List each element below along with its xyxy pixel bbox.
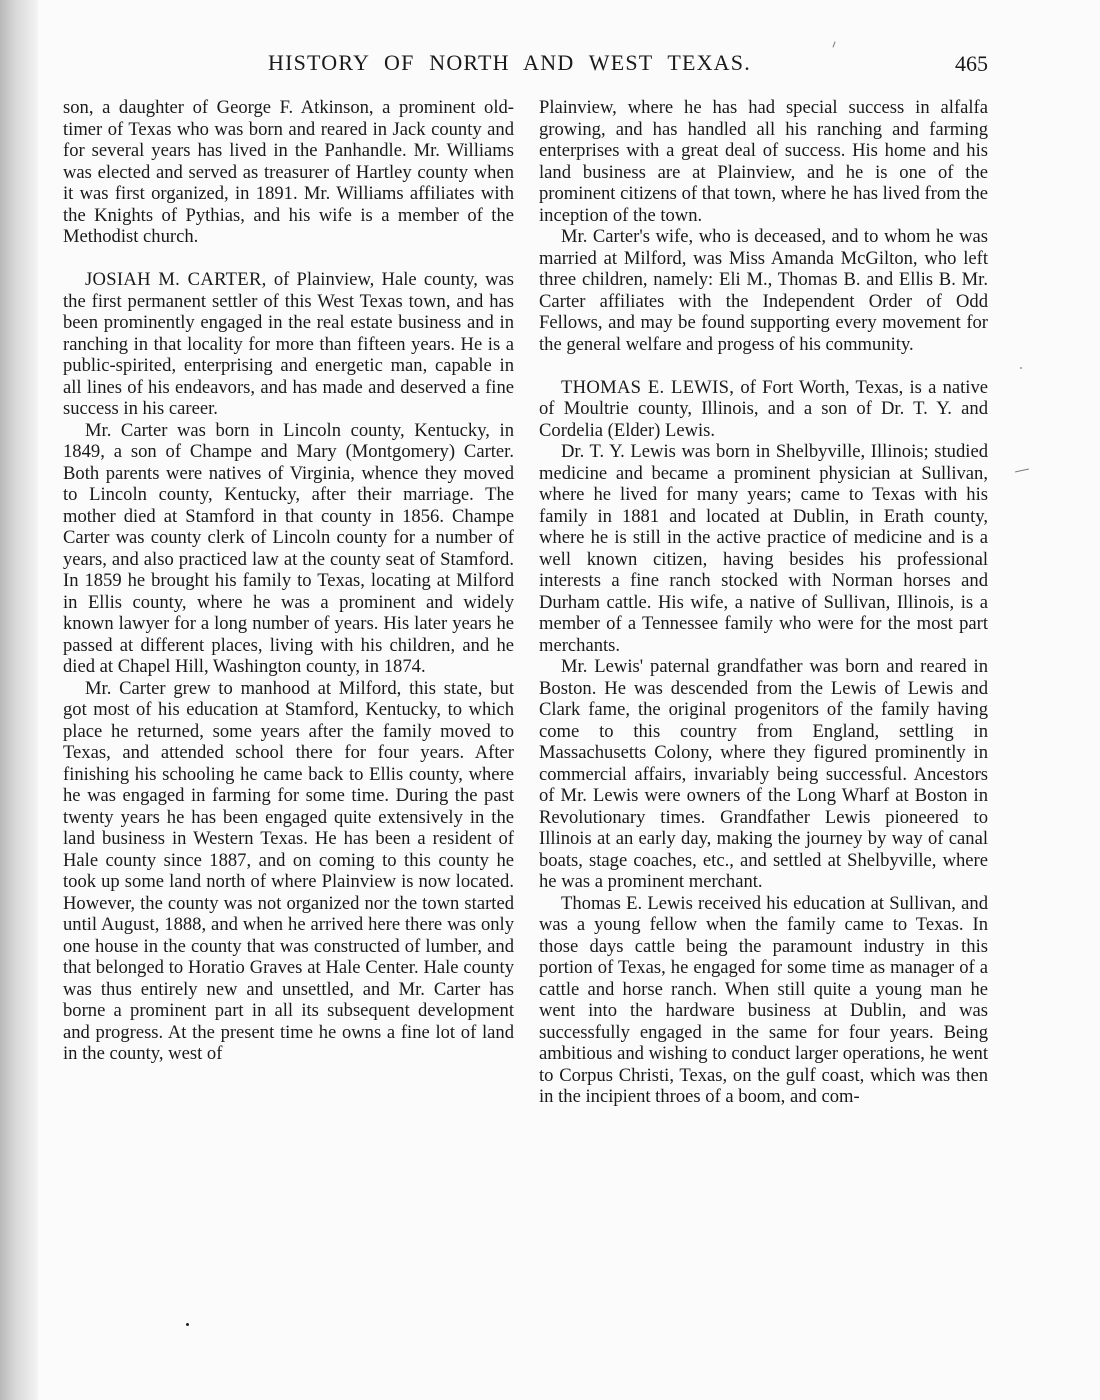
scan-speck: [186, 1323, 189, 1326]
paragraph-text: of Plainview, Hale county, was the first…: [63, 269, 514, 419]
page-number: 465: [955, 51, 988, 77]
paragraph-thomas-lewis-intro: THOMAS E. LEWIS, of Fort Worth, Texas, i…: [539, 377, 988, 442]
paragraph-text: Dr. T. Y. Lewis was born in Shelbyville,…: [539, 441, 988, 656]
paragraph-dr-lewis: Dr. T. Y. Lewis was born in Shelbyville,…: [539, 441, 988, 656]
paragraph-text: Mr. Lewis' paternal grandfather was born…: [539, 656, 988, 892]
paragraph-text: Mr. Carter grew to manhood at Milford, t…: [63, 678, 514, 1065]
scan-mark: [833, 42, 836, 48]
paragraph-text: Thomas E. Lewis received his education a…: [539, 893, 988, 1108]
paragraph-carter-family: Mr. Carter's wife, who is deceased, and …: [539, 226, 988, 355]
paragraph-text: Plainview, where he has had special succ…: [539, 97, 988, 226]
paragraph-text: Mr. Carter was born in Lincoln county, K…: [63, 420, 514, 678]
left-column: son, a daughter of George F. Atkinson, a…: [63, 97, 514, 1065]
biography-subject-name: JOSIAH M. CARTER,: [85, 269, 267, 290]
paragraph-text: son, a daughter of George F. Atkinson, a…: [63, 97, 514, 247]
paragraph-carter-plainview: Plainview, where he has had special succ…: [539, 97, 988, 226]
paragraph-carter-parents: Mr. Carter was born in Lincoln county, K…: [63, 420, 514, 678]
biography-subject-name: THOMAS E. LEWIS,: [561, 377, 734, 398]
scan-gutter-shadow: [0, 0, 38, 1400]
scan-mark: [1015, 469, 1029, 473]
running-title: HISTORY OF NORTH AND WEST TEXAS.: [268, 50, 751, 76]
paragraph-lewis-career: Thomas E. Lewis received his education a…: [539, 893, 988, 1108]
paragraph-lewis-ancestry: Mr. Lewis' paternal grandfather was born…: [539, 656, 988, 893]
scan-speck: [1020, 367, 1022, 369]
right-column: Plainview, where he has had special succ…: [539, 97, 988, 1108]
paragraph-williams-continued: son, a daughter of George F. Atkinson, a…: [63, 97, 514, 248]
paragraph-text: Mr. Carter's wife, who is deceased, and …: [539, 226, 988, 355]
paragraph-josiah-carter-intro: JOSIAH M. CARTER, of Plainview, Hale cou…: [63, 269, 514, 420]
paragraph-carter-career: Mr. Carter grew to manhood at Milford, t…: [63, 678, 514, 1065]
